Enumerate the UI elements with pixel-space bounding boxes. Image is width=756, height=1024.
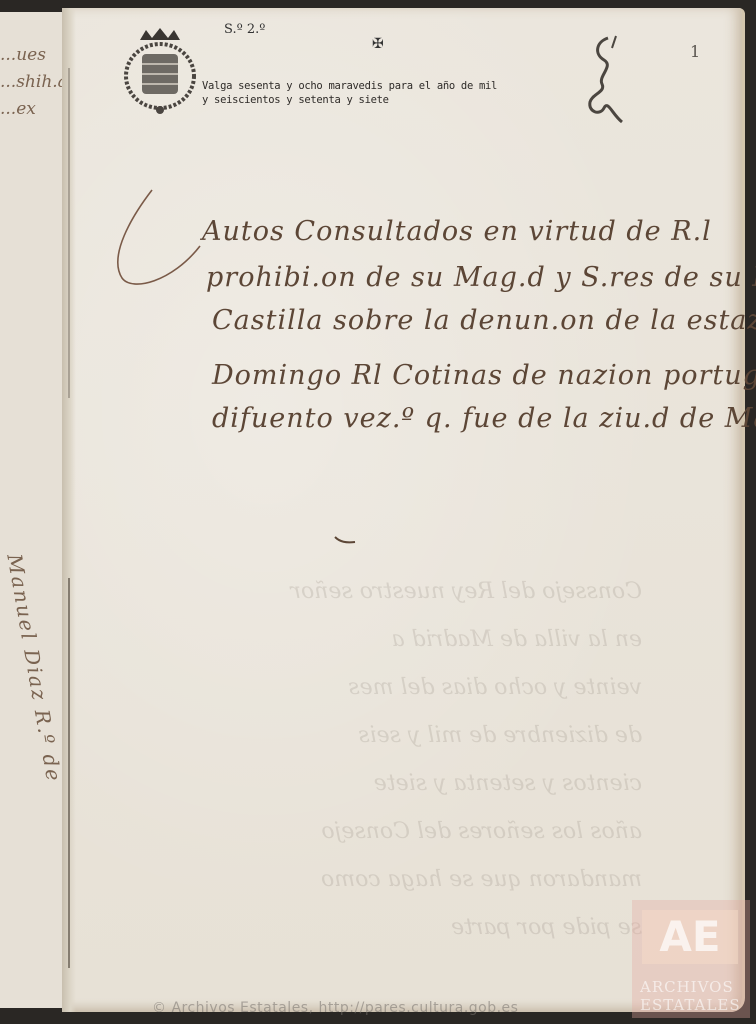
left-vertical-note: Manuel Diaz R.º de — [2, 552, 66, 784]
bleed-through-text: Conssejo del Rey nuestro señor en la vil… — [212, 568, 642, 948]
copyright-notice: © Archivos Estatales, http://pares.cultu… — [152, 1000, 518, 1016]
watermark-text: ARCHIVOS ESTATALES — [640, 978, 750, 1014]
title-line: Domingo Rl Cotinas de nazion portugues — [212, 360, 756, 391]
archive-watermark: AE ARCHIVOS ESTATALES — [632, 900, 750, 1018]
left-note-line: ...ues — [0, 42, 68, 69]
title-line: prohibi.on de su Mag.d y S.res de su R.l… — [206, 262, 756, 293]
folio-number: 1 — [690, 42, 700, 61]
binding-thread — [68, 578, 70, 968]
adjacent-page-left: ...ues ...shih.a ...ex Manuel Diaz R.º d… — [0, 12, 63, 1008]
title-line: Autos Consultados en virtud de R.l — [202, 216, 712, 247]
title-line: difuento vez.º q. fue de la ziu.d de Mad… — [212, 403, 756, 434]
document-viewer: ...ues ...shih.a ...ex Manuel Diaz R.º d… — [0, 0, 756, 1024]
left-note-line: ...ex — [0, 96, 68, 123]
stamp-class-label: S.º 2.º — [224, 22, 265, 37]
left-margin-note: ...ues ...shih.a ...ex — [0, 42, 68, 123]
coat-of-arms-icon — [122, 26, 198, 116]
title-line: Castilla sobre la denun.on de la estaz.d… — [212, 305, 756, 336]
cross-icon: ✠ — [372, 36, 384, 52]
decorative-flourish-icon — [112, 186, 202, 296]
stamped-paper-text: y seiscientos y setenta y siete — [202, 94, 389, 106]
manuscript-page: S.º 2.º ✠ Valga sesenta y ocho maravedis… — [62, 8, 745, 1012]
binding-thread — [68, 68, 70, 398]
stamped-paper-text: Valga sesenta y ocho maravedis para el a… — [202, 80, 497, 92]
watermark-logo: AE — [642, 910, 738, 964]
rubric-icon — [578, 32, 634, 128]
left-note-line: ...shih.a — [0, 69, 68, 96]
ink-mark-icon — [334, 536, 356, 544]
